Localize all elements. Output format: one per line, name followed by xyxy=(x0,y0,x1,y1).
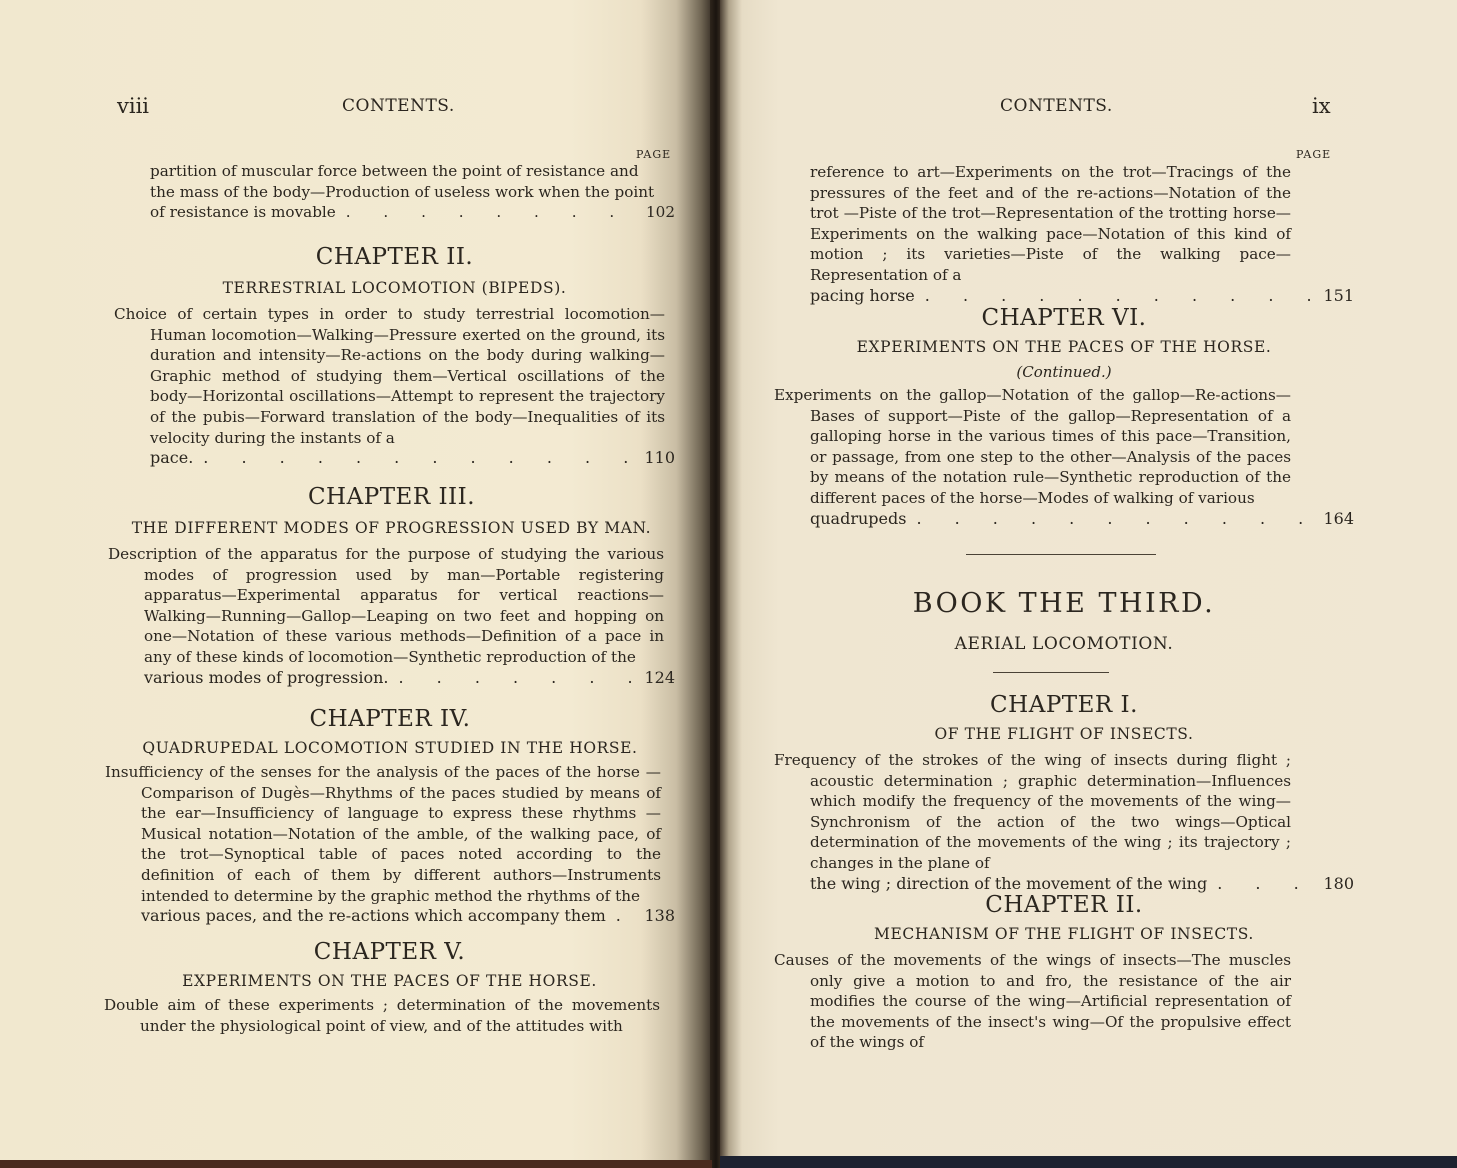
folio-right: ix xyxy=(1312,94,1331,118)
chapter-title: CHAPTER IV. xyxy=(105,704,675,734)
right-page: CONTENTS. ix PAGE reference to art—Exper… xyxy=(720,0,1457,1156)
dot-leader: . . . . . . . . . . . . . . . . . . . . … xyxy=(906,509,1310,528)
chapter-entry[interactable]: CHAPTER II. MECHANISM OF THE FLIGHT OF I… xyxy=(774,890,1354,1053)
chapter-subtitle: TERRESTRIAL LOCOMOTION (BIPEDS). xyxy=(114,276,675,300)
page-number[interactable]: 110 xyxy=(631,448,675,467)
entry-last-line: pace. xyxy=(150,448,193,467)
leader-line: pacing horse . . . . . . . . . . . . . .… xyxy=(810,286,1354,305)
chapter-entry[interactable]: CHAPTER I. OF THE FLIGHT OF INSECTS. Fre… xyxy=(774,690,1354,893)
leader-line: various paces, and the re-actions which … xyxy=(105,906,675,925)
entry-last-line: pacing horse xyxy=(810,286,915,305)
chapter-subtitle: EXPERIMENTS ON THE PACES OF THE HORSE. xyxy=(104,969,675,993)
chapter-summary: Choice of certain types in order to stud… xyxy=(114,304,665,448)
chapter-summary: Causes of the movements of the wings of … xyxy=(774,950,1291,1053)
page-edge-bottom-right xyxy=(720,1156,1457,1168)
chapter-note: (Continued.) xyxy=(774,361,1354,383)
continuation-entry-left: partition of muscular force between the … xyxy=(150,161,675,223)
leader-line: pace. . . . . . . . . . . . . . . . . . … xyxy=(114,448,675,467)
chapter-summary: Description of the apparatus for the pur… xyxy=(108,544,664,668)
page-number[interactable]: 102 xyxy=(631,202,675,223)
chapter-entry[interactable]: CHAPTER IV. QUADRUPEDAL LOCOMOTION STUDI… xyxy=(105,704,675,925)
leader-line: quadrupeds . . . . . . . . . . . . . . .… xyxy=(774,509,1354,528)
chapter-summary: Experiments on the gallop—Notation of th… xyxy=(774,385,1291,509)
entry-last-line: various modes of progression. xyxy=(144,668,388,687)
chapter-subtitle: QUADRUPEDAL LOCOMOTION STUDIED IN THE HO… xyxy=(105,736,675,760)
folio-left: viii xyxy=(117,94,149,118)
chapter-title: CHAPTER VI. xyxy=(774,303,1354,333)
chapter-summary: Insufficiency of the senses for the anal… xyxy=(105,762,661,906)
chapter-entry[interactable]: CHAPTER III. THE DIFFERENT MODES OF PROG… xyxy=(108,482,675,687)
page-column-label-right: PAGE xyxy=(1296,148,1331,161)
text-line: partition of muscular force between the … xyxy=(150,161,675,182)
dot-leader: . . . . . . . . . . . . . . . . . . . . … xyxy=(915,286,1310,305)
chapter-summary: Frequency of the strokes of the wing of … xyxy=(774,750,1291,874)
book-spread: viii CONTENTS. PAGE partition of muscula… xyxy=(0,0,1457,1168)
text-line: the mass of the body—Production of usele… xyxy=(150,182,675,203)
chapter-title: CHAPTER II. xyxy=(114,242,675,272)
chapter-subtitle: MECHANISM OF THE FLIGHT OF INSECTS. xyxy=(774,922,1354,946)
chapter-title: CHAPTER II. xyxy=(774,890,1354,920)
leader-line: various modes of progression. . . . . . … xyxy=(108,668,675,687)
chapter-entry[interactable]: CHAPTER V. EXPERIMENTS ON THE PACES OF T… xyxy=(104,937,675,1036)
page-number[interactable]: 124 xyxy=(631,668,675,687)
page-number[interactable]: 138 xyxy=(631,906,675,925)
continuation-entry-right: reference to art—Experiments on the trot… xyxy=(810,162,1354,305)
left-page: viii CONTENTS. PAGE partition of muscula… xyxy=(0,0,712,1160)
entry-last-line: various paces, and the re-actions which … xyxy=(141,906,606,925)
page-number[interactable]: 151 xyxy=(1310,286,1354,305)
page-column-label-left: PAGE xyxy=(636,148,671,161)
chapter-subtitle: EXPERIMENTS ON THE PACES OF THE HORSE. xyxy=(774,335,1354,359)
running-head-left: CONTENTS. xyxy=(342,96,455,116)
page-number[interactable]: 164 xyxy=(1310,509,1354,528)
book-subtitle: AERIAL LOCOMOTION. xyxy=(774,632,1354,656)
section-divider xyxy=(966,554,1156,555)
chapter-title: CHAPTER V. xyxy=(104,937,675,967)
leader-line: of resistance is movable . . . . . . . .… xyxy=(150,202,675,223)
chapter-entry[interactable]: CHAPTER II. TERRESTRIAL LOCOMOTION (BIPE… xyxy=(114,242,675,467)
book-heading[interactable]: BOOK THE THIRD. AERIAL LOCOMOTION. xyxy=(774,586,1354,656)
chapter-summary: Double aim of these experiments ; determ… xyxy=(104,995,660,1036)
chapter-title: CHAPTER I. xyxy=(774,690,1354,720)
chapter-subtitle: THE DIFFERENT MODES OF PROGRESSION USED … xyxy=(108,516,675,540)
chapter-subtitle: OF THE FLIGHT OF INSECTS. xyxy=(774,722,1354,746)
chapter-title: CHAPTER III. xyxy=(108,482,675,512)
page-edge-bottom-left xyxy=(0,1160,712,1168)
chapter-entry[interactable]: CHAPTER VI. EXPERIMENTS ON THE PACES OF … xyxy=(774,303,1354,528)
dot-leader: . . . . . . . . . . . . . . . . . . . . … xyxy=(336,202,631,223)
section-divider xyxy=(993,672,1109,673)
dot-leader: . . . . . . . . . . . . . . . . . . . . … xyxy=(193,448,631,467)
dot-leader: . . . . . . . . . . . . . . . . . . . . xyxy=(388,668,631,687)
book-title: BOOK THE THIRD. xyxy=(774,586,1354,622)
entry-text: reference to art—Experiments on the trot… xyxy=(810,162,1291,286)
running-head-right: CONTENTS. xyxy=(1000,96,1113,116)
entry-last-line: of resistance is movable xyxy=(150,202,336,223)
entry-last-line: quadrupeds xyxy=(810,509,906,528)
dot-leader: . . . . . . . xyxy=(606,906,631,925)
